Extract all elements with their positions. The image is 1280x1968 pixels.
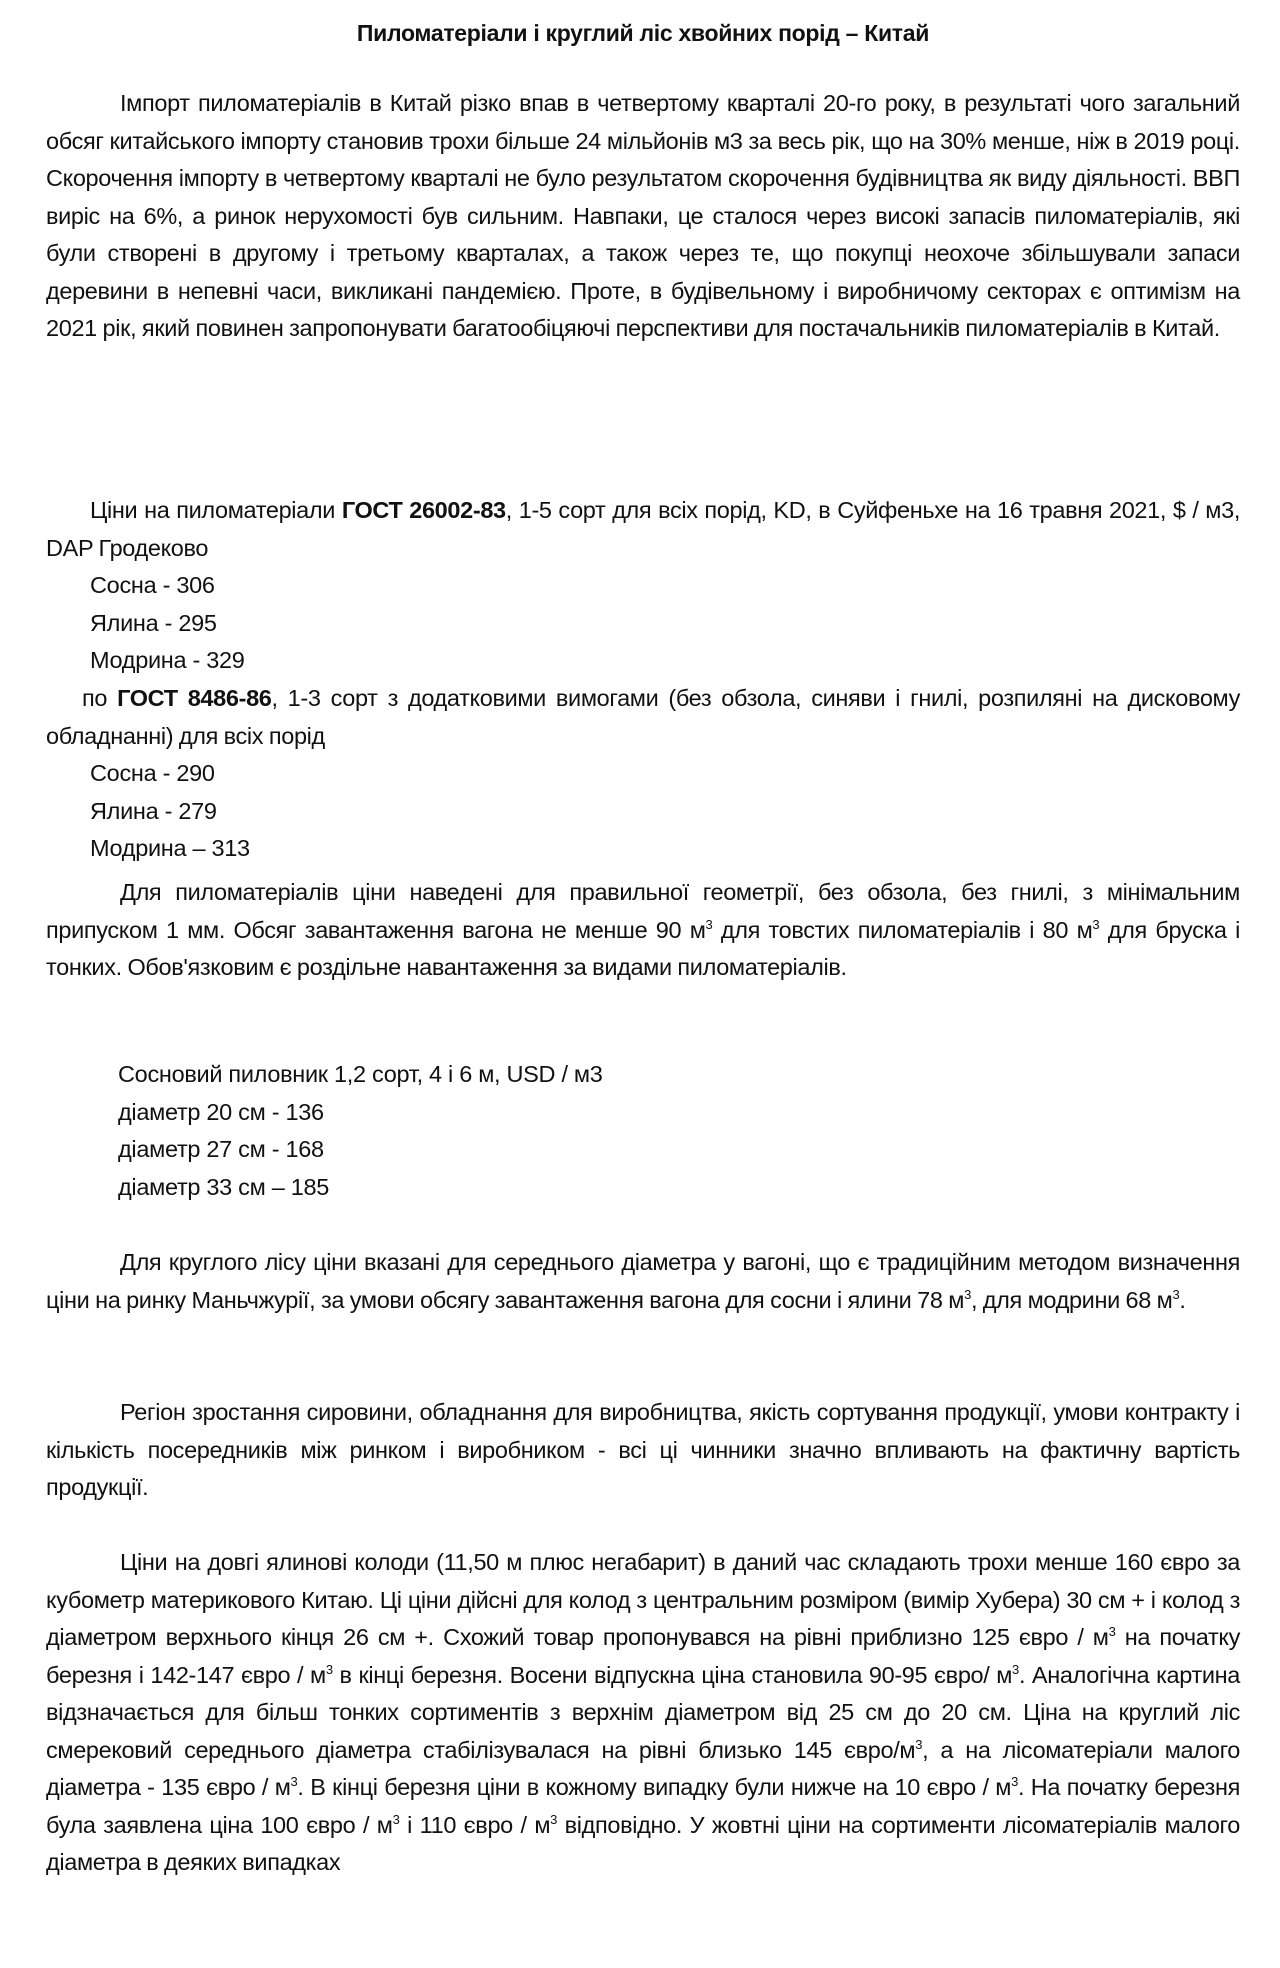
factors-paragraph: Регіон зростання сировини, обладнання дл… [46, 1394, 1240, 1507]
price-item: діаметр 20 см - 136 [118, 1094, 603, 1132]
price-item: Ялина - 279 [90, 793, 250, 831]
price-item: Сосна - 290 [90, 755, 250, 793]
gost1-standard: ГОСТ 26002-83 [342, 497, 506, 523]
sawlog-heading: Сосновий пиловник 1,2 сорт, 4 і 6 м, USD… [118, 1056, 603, 1094]
roundwood-note-paragraph: Для круглого лісу ціни вказані для серед… [46, 1244, 1240, 1319]
gost1-lead: Ціни на пиломатеріали [90, 497, 342, 523]
intro-paragraph: Імпорт пиломатеріалів в Китай різко впав… [46, 85, 1240, 348]
gost2-standard: ГОСТ 8486-86 [117, 685, 271, 711]
price-item: Ялина - 295 [90, 605, 245, 643]
gost2-lead: по [82, 685, 117, 711]
gost1-price-list: Сосна - 306 Ялина - 295 Модрина - 329 [90, 567, 245, 680]
sawlog-price-list: Сосновий пиловник 1,2 сорт, 4 і 6 м, USD… [118, 1056, 603, 1206]
price-item: діаметр 27 см - 168 [118, 1131, 603, 1169]
lumber-note-paragraph: Для пиломатеріалів ціни наведені для пра… [46, 874, 1240, 987]
price-item: діаметр 33 см – 185 [118, 1169, 603, 1207]
gost2-paragraph: по ГОСТ 8486-86, 1-3 сорт з додатковими … [46, 680, 1240, 755]
price-item: Сосна - 306 [90, 567, 245, 605]
spruce-logs-paragraph: Ціни на довгі ялинові колоди (11,50 м пл… [46, 1544, 1240, 1882]
price-item: Модрина - 329 [90, 642, 245, 680]
gost1-paragraph: Ціни на пиломатеріали ГОСТ 26002-83, 1-5… [46, 492, 1240, 567]
price-item: Модрина – 313 [90, 830, 250, 868]
gost2-price-list: Сосна - 290 Ялина - 279 Модрина – 313 [90, 755, 250, 868]
document-title: Пиломатеріали і круглий ліс хвойних порі… [46, 16, 1240, 50]
